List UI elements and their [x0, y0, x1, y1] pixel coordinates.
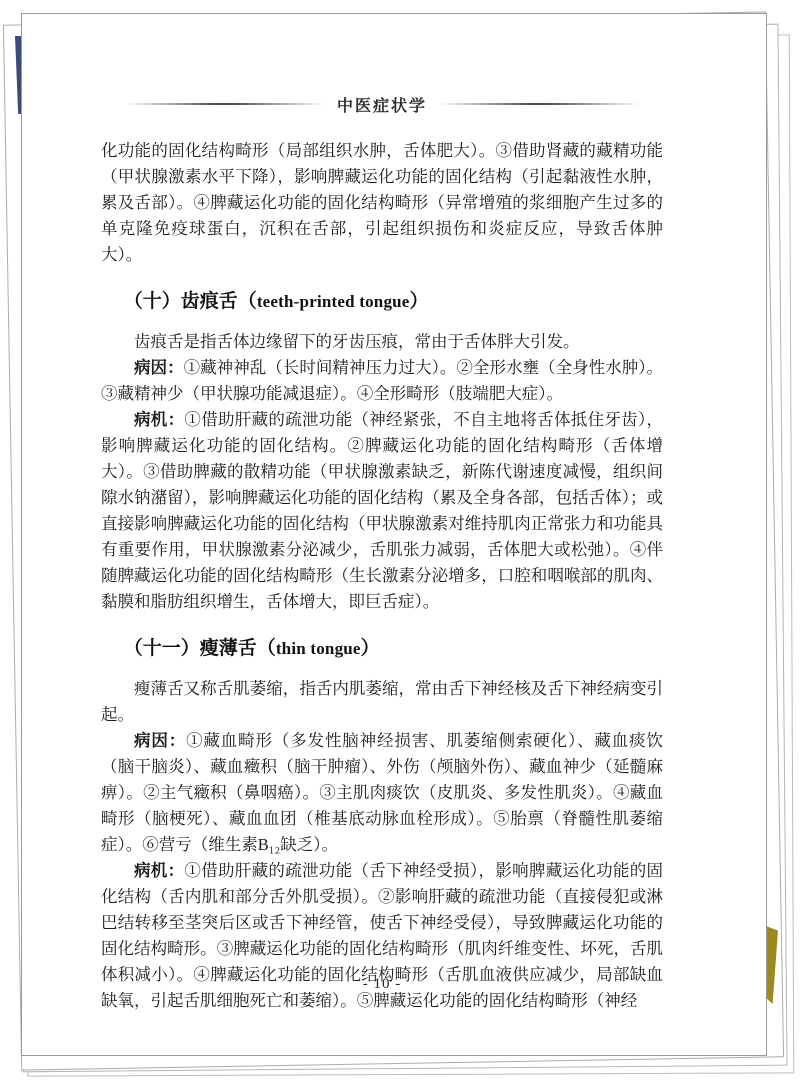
- section-heading-10: （十）齿痕舌（teeth-printed tongue）: [101, 288, 663, 315]
- header-rule-left: [125, 103, 325, 105]
- page-content: 中医症状学 化功能的固化结构畸形（局部组织水肿，舌体肥大）。③借助肾藏的藏精功能…: [101, 14, 663, 1055]
- header-rule-right: [439, 103, 639, 105]
- book-title: 中医症状学: [337, 93, 427, 116]
- etiology-label-11: 病因：: [134, 732, 186, 750]
- pathogenesis-text-10: ①借助肝藏的疏泄功能（神经紧张，不自主地将舌体抵住牙齿），影响脾藏运化功能的固化…: [101, 410, 663, 611]
- section-10-title-en: teeth-printed tongue: [257, 292, 410, 311]
- section-10-title-cn: （十）齿痕舌（: [124, 291, 257, 312]
- etiology-label-10: 病因：: [134, 359, 184, 377]
- section-11-intro: 瘦薄舌又称舌肌萎缩，指舌内肌萎缩，常由舌下神经核及舌下神经病变引起。: [101, 676, 663, 728]
- pathogenesis-label-11: 病机：: [134, 862, 184, 880]
- section-11-title-close: ）: [361, 638, 380, 659]
- section-10-etiology: 病因：①藏神神乱（长时间精神压力过大）。②全形水壅（全身性水肿）。③藏精神少（甲…: [101, 355, 663, 407]
- pathogenesis-label-10: 病机：: [134, 411, 184, 429]
- section-10-title-close: ）: [410, 291, 429, 312]
- page-number: - 10 -: [101, 976, 663, 993]
- paragraph-continuation: 化功能的固化结构畸形（局部组织水肿，舌体肥大）。③借助肾藏的藏精功能（甲状腺激素…: [101, 138, 663, 268]
- main-page: 中医症状学 化功能的固化结构畸形（局部组织水肿，舌体肥大）。③借助肾藏的藏精功能…: [21, 13, 767, 1056]
- etiology-text-11: ①藏血畸形（多发性脑神经损害、肌萎缩侧索硬化）、藏血痰饮（脑干脑炎）、藏血癥积（…: [101, 731, 663, 854]
- section-11-etiology: 病因：①藏血畸形（多发性脑神经损害、肌萎缩侧索硬化）、藏血痰饮（脑干脑炎）、藏血…: [101, 728, 663, 858]
- etiology-text-10: ①藏神神乱（长时间精神压力过大）。②全形水壅（全身性水肿）。③藏精神少（甲状腺功…: [101, 358, 663, 403]
- section-11-title-cn: （十一）瘦薄舌（: [124, 638, 276, 659]
- section-10-pathogenesis: 病机：①借助肝藏的疏泄功能（神经紧张，不自主地将舌体抵住牙齿），影响脾藏运化功能…: [101, 407, 663, 615]
- running-header: 中医症状学: [101, 94, 663, 114]
- section-11-title-en: thin tongue: [276, 639, 361, 658]
- section-heading-11: （十一）瘦薄舌（thin tongue）: [101, 635, 663, 662]
- section-10-intro: 齿痕舌是指舌体边缘留下的牙齿压痕，常由于舌体胖大引发。: [101, 329, 663, 355]
